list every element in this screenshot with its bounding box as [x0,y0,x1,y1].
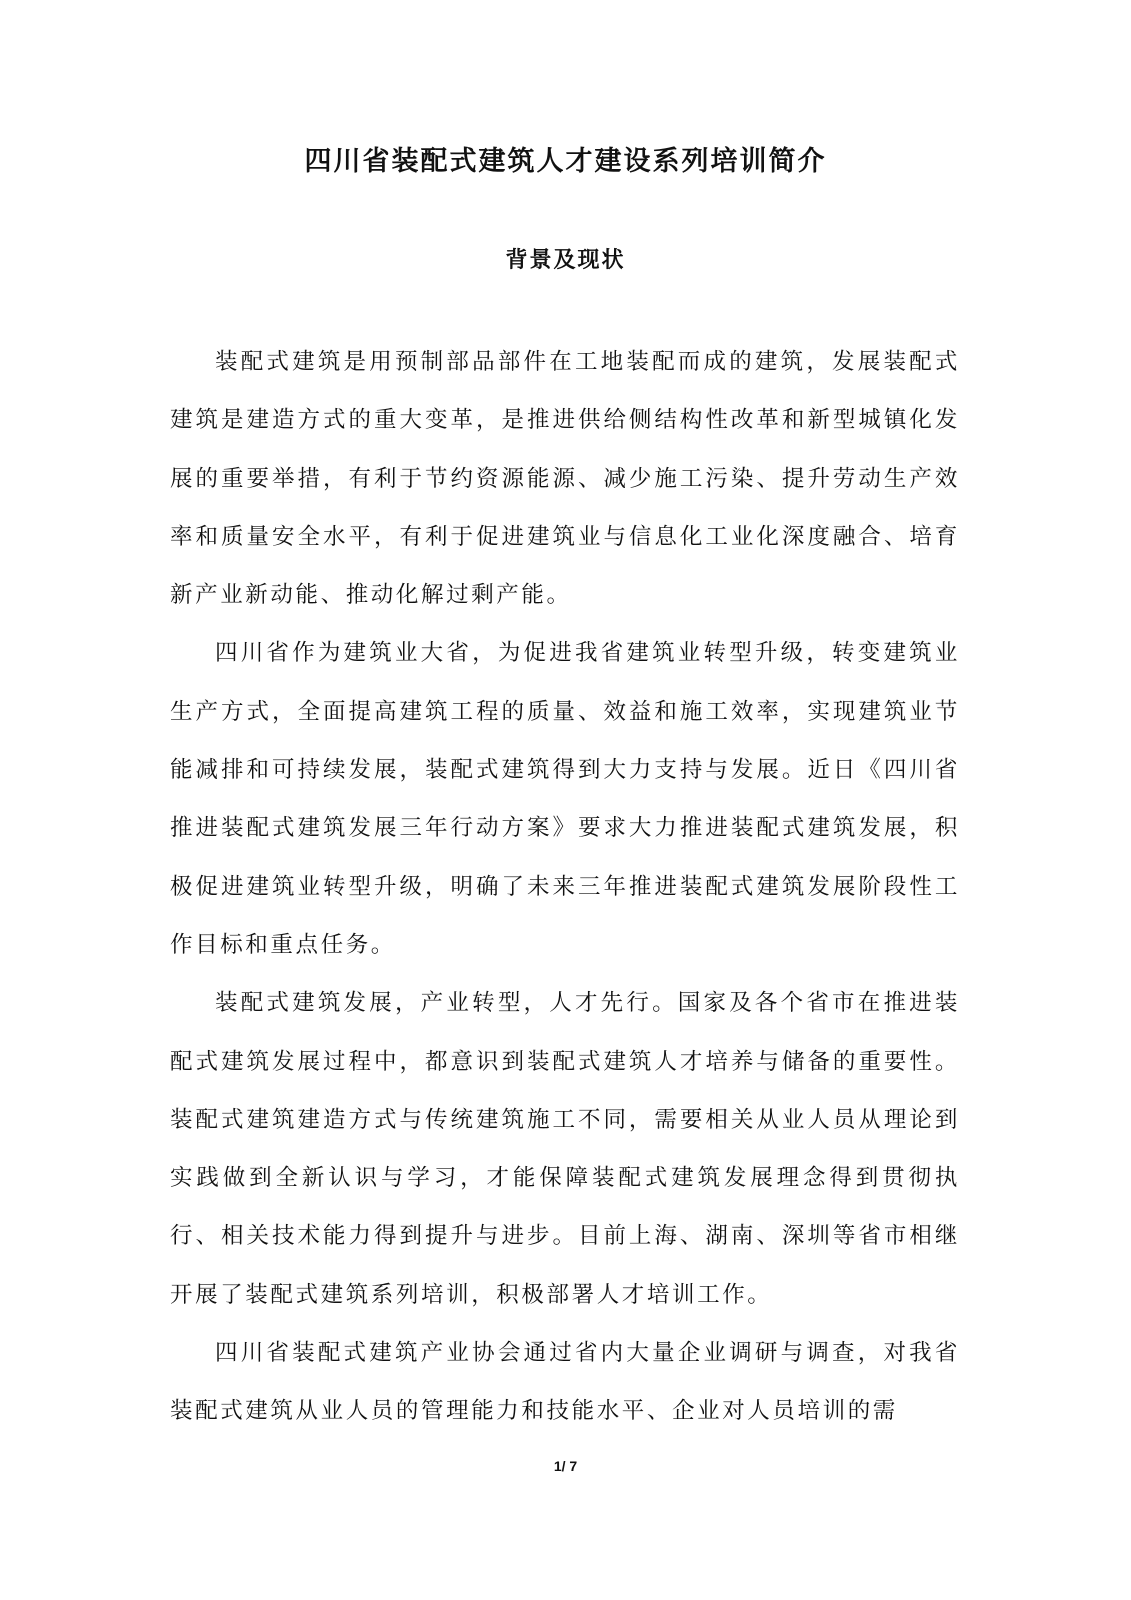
document-page: 四川省装配式建筑人才建设系列培训简介 背景及现状 装配式建筑是用预制部品部件在工… [0,0,1131,1600]
page-number: 1/ 7 [0,1458,1131,1474]
paragraph-3: 装配式建筑发展，产业转型，人才先行。国家及各个省市在推进装配式建筑发展过程中，都… [170,974,960,1324]
section-heading: 背景及现状 [0,240,1131,280]
document-body: 装配式建筑是用预制部品部件在工地装配而成的建筑，发展装配式建筑是建造方式的重大变… [170,333,960,1441]
paragraph-2: 四川省作为建筑业大省，为促进我省建筑业转型升级，转变建筑业生产方式，全面提高建筑… [170,624,960,974]
paragraph-1: 装配式建筑是用预制部品部件在工地装配而成的建筑，发展装配式建筑是建造方式的重大变… [170,333,960,624]
paragraph-4: 四川省装配式建筑产业协会通过省内大量企业调研与调查，对我省装配式建筑从业人员的管… [170,1324,960,1441]
document-title: 四川省装配式建筑人才建设系列培训简介 [0,140,1131,184]
